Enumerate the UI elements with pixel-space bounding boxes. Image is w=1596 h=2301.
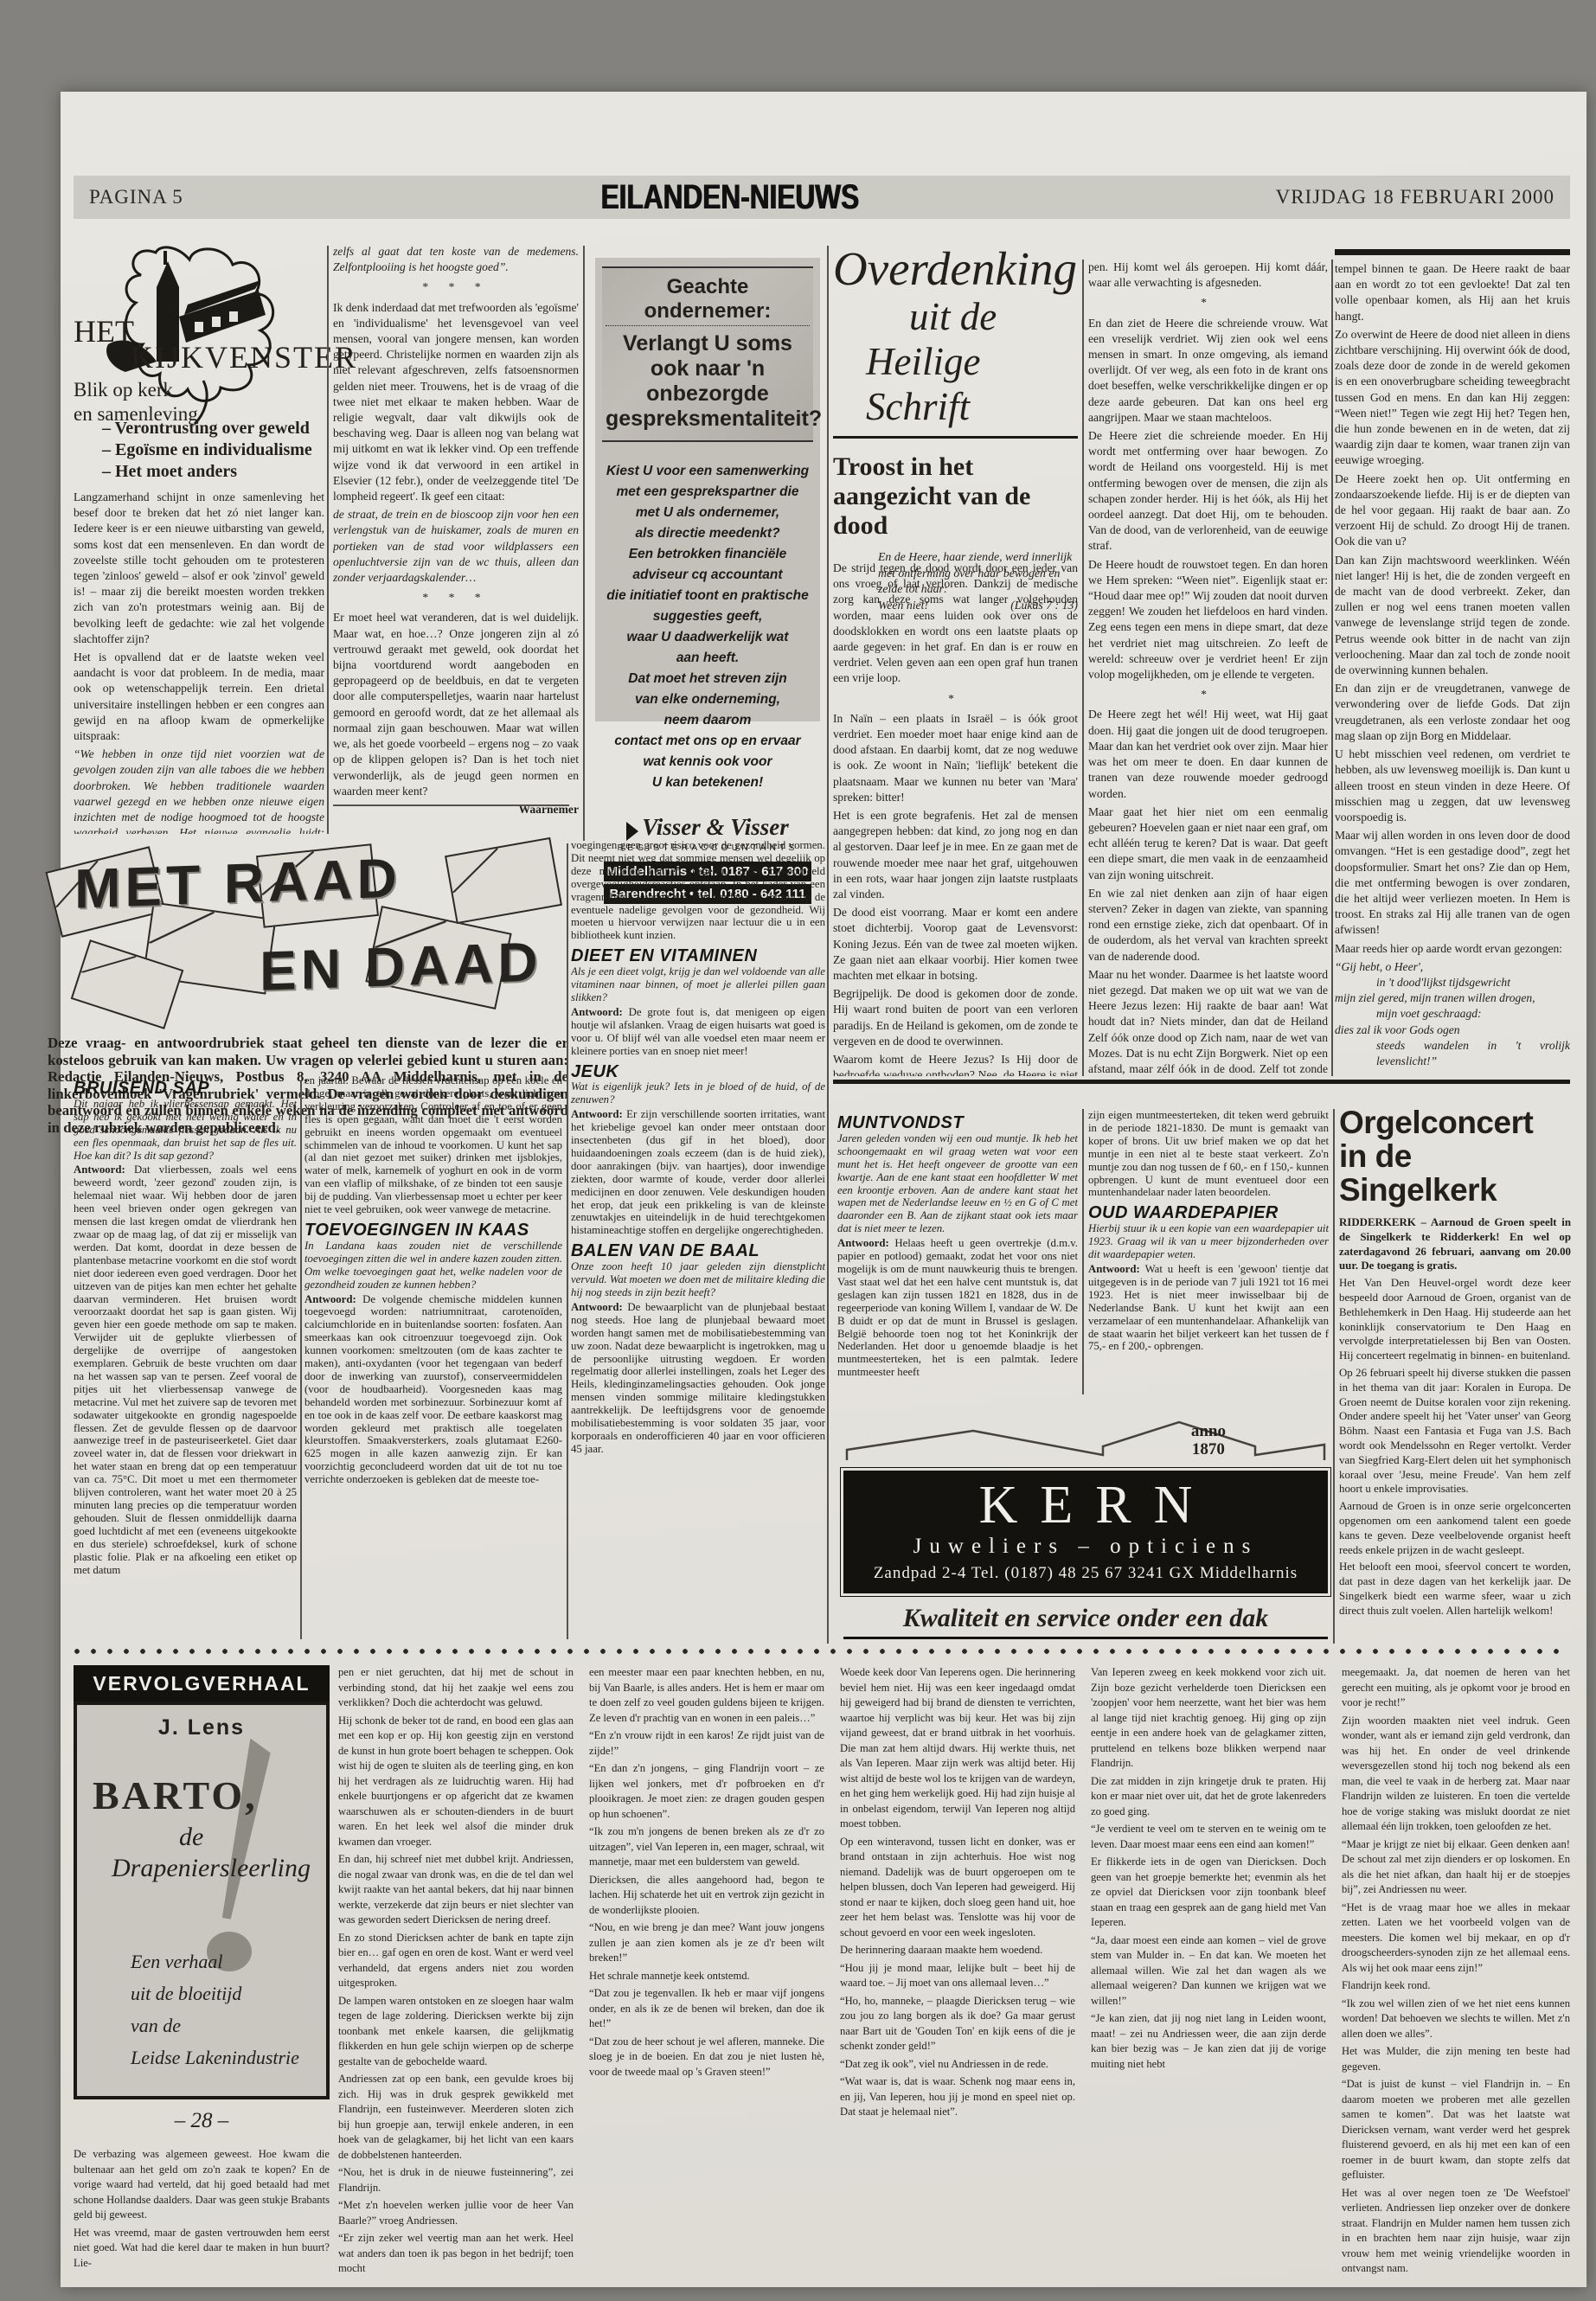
serial-title-de: de [179,1823,203,1852]
logo-subtitle-1: Blik op kerk [74,379,173,401]
raad-column-muntvondst: MUNTVONDSTJaren geleden vonden wij een o… [837,1109,1078,1407]
kijkvenster-column-2: zelfs al gaat dat ten koste van de medem… [333,244,579,841]
article-end-rule [333,804,569,806]
raad-column-kaas: en jaartal. Bewaar de flessen vruchtensa… [304,1074,562,1641]
column-rule [1331,260,1333,1076]
kijkvenster-bullet-list: Verontrusting over geweldEgoïsme en indi… [87,417,320,484]
serial-title-sub: Drapeniersleerling [112,1854,311,1883]
serial-column-4: Woede keek door Van Ieperens ogen. Die h… [840,1665,1075,2285]
raad-column-bruisend-sap: BRUISEND SAPDit najaar heb ik vlierbesse… [74,1074,297,1641]
newspaper-scan: { "colors":{"paper":"#e6e4df","ink":"#22… [0,0,1596,2301]
anno-1870: anno 1870 [1191,1422,1226,1458]
serial-column-2: pen er niet geruchten, dat hij met de sc… [338,1665,574,2285]
serial-tagline: Een verhaaluit de bloeitijdvan deLeidse … [131,1945,299,2073]
serial-part-number: – 28 – [74,2109,330,2133]
kern-brand-name: KERN [845,1477,1326,1533]
met-raad-en-daad-graphic: MET RAAD EN DAAD [43,832,573,1029]
column-rule [827,246,829,1644]
column-rule [1333,1109,1335,1644]
kern-address: Zandpad 2-4 Tel. (0187) 48 25 67 3241 GX… [845,1564,1326,1583]
serial-author: J. Lens [77,1715,326,1740]
overdenking-subtitle: Troost in het aangezicht van de dood [833,452,1078,541]
kern-ad: anno 1870 KERN Juweliers – opticiens Zan… [843,1420,1328,1647]
overdenking-column-1: De strijd tegen de dood wordt door een i… [833,561,1078,1076]
serial-column-1: De verbazing was algemeen geweest. Hoe k… [74,2147,330,2284]
column-rule [567,843,568,1639]
orgel-title-line1: Orgelconcert [1339,1106,1571,1139]
column-rule [583,246,585,841]
dotted-separator [74,1648,1570,1656]
section-rule-top [1335,249,1570,255]
logo-text-het: HET [74,313,134,349]
overdenking-column-3: tempel binnen te gaan. De Heere raakt de… [1335,261,1570,1076]
orgel-title-line2: in de Singelkerk [1339,1139,1571,1207]
overdenking-title-line1: Overdenking [833,244,1078,294]
column-rule [1082,260,1084,1076]
serial-column-5: Van Ieperen zweeg en keek mokkend voor z… [1091,1665,1326,2285]
visser-visser-ad: Geachte ondernemer: Verlangt U somsook n… [595,258,820,721]
ad-salutation: Geachte ondernemer: [606,275,810,326]
orgelconcert-article: Orgelconcert in de Singelkerk RIDDERKERK… [1339,1106,1571,1645]
serial-section-header: VERVOLGVERHAAL [74,1665,330,1702]
column-rule [1082,1109,1084,1394]
ad-headline: Verlangt U somsook naar 'n onbezorgdeges… [606,331,810,432]
ad-body-text: Kiest U voor een samenwerkingmet een ges… [595,461,820,793]
masthead-title: EILANDEN-NIEUWS [600,177,859,217]
envelope-icon [445,837,562,924]
barto-title-box: J. Lens BARTO, de Drapeniersleerling Een… [74,1702,330,2099]
overdenking-title-line3: Heilige Schrift [833,339,1078,429]
section-divider-rule [833,1080,1570,1084]
ad-headline-block: Geachte ondernemer: Verlangt U somsook n… [602,266,813,442]
orgel-body: RIDDERKERK – Aarnoud de Groen speelt in … [1339,1215,1571,1618]
kern-roofline: anno 1870 [843,1420,1328,1471]
column-rule [327,246,329,834]
logo-text-kijkvenster: KIJKVENSTER [131,339,357,375]
page-number: PAGINA 5 [89,186,183,208]
exclamation-mark-graphic [207,1736,272,1921]
kern-name-box: KERN Juweliers – opticiens Zandpad 2-4 T… [843,1471,1328,1593]
column-rule [300,1081,302,1639]
rubric-title-line1: MET RAAD [74,845,401,920]
headline-underline [833,436,1078,439]
visser-brand-name: Visser & Visser [642,814,789,840]
raad-column-waardepapier: zijn eigen muntmeesterteken, dit teken w… [1088,1109,1329,1407]
serial-column-3: een meester maar een paar knechten hebbe… [589,1665,824,2285]
rubric-title-line2: EN DAAD [260,929,542,1003]
kijkvenster-column-1: Langzamerhand schijnt in onze samenlevin… [74,490,324,834]
kern-slogan: Kwaliteit en service onder een dak [843,1604,1328,1639]
page-date: VRIJDAG 18 FEBRUARI 2000 [1276,186,1554,208]
roofline-graphic [843,1420,1328,1471]
kern-subtitle: Juweliers – opticiens [845,1535,1326,1559]
serial-column-6: meegemaakt. Ja, dat noemen de heren van … [1342,1665,1570,2285]
serial-title: BARTO, [93,1772,258,1818]
raad-column-dieet-jeuk-baal: voegingen geen groot risico voor de gezo… [571,839,825,1642]
page-header-bar: PAGINA 5 EILANDEN-NIEUWS VRIJDAG 18 FEBR… [74,176,1570,219]
overdenking-column-2: pen. Hij komt wel áls geroepen. Hij komt… [1088,260,1328,1076]
overdenking-title-line2: uit de [833,294,1078,339]
